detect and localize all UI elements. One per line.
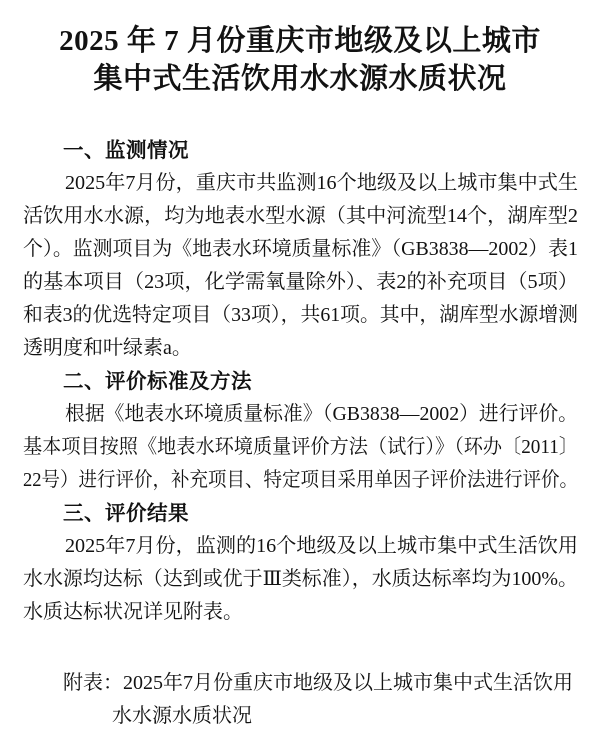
appendix-line2: 水水源水质状况 [23,700,578,733]
section-1-paragraph-line: 个）。监测项目为《地表水环境质量标准》（GB3838—2002）表1 [23,233,578,266]
document-page: 2025 年 7 月份重庆市地级及以上城市 集中式生活饮用水水源水质状况 一、监… [0,0,600,746]
section-3-paragraph-line: 水水源均达标（达到或优于Ⅲ类标准），水质达标率均为100%。 [23,563,578,596]
section-1-paragraph-line: 和表3的优选特定项目（33项），共61项。其中，湖库型水源增测 [23,299,578,332]
section-1-paragraph-line: 的基本项目（23项，化学需氧量除外）、表2的补充项目（5项） [23,266,578,299]
section-1-heading: 一、监测情况 [23,134,578,167]
section-3-paragraph-line: 水质达标状况详见附表。 [23,596,578,629]
section-2-heading: 二、评价标准及方法 [23,365,578,398]
section-2-paragraph-line: 根据《地表水环境质量标准》（GB3838—2002）进行评价。 [23,398,578,431]
section-2-paragraph-line: 基本项目按照《地表水环境质量评价方法（试行）》（环办〔2011〕 [23,431,578,464]
document-title-line1: 2025 年 7 月份重庆市地级及以上城市 [0,22,600,60]
section-1-paragraph-line: 2025年7月份，重庆市共监测16个地级及以上城市集中式生 [23,167,578,200]
document-title: 2025 年 7 月份重庆市地级及以上城市 集中式生活饮用水水源水质状况 [0,22,600,98]
document-body: 一、监测情况 2025年7月份，重庆市共监测16个地级及以上城市集中式生 活饮用… [23,134,578,733]
section-1-paragraph-line: 透明度和叶绿素a。 [23,332,578,365]
section-1-paragraph-line: 活饮用水水源，均为地表水型水源（其中河流型14个，湖库型2 [23,200,578,233]
appendix-line1: 附表：2025年7月份重庆市地级及以上城市集中式生活饮用 [23,667,578,700]
document-title-line2: 集中式生活饮用水水源水质状况 [0,60,600,98]
section-3-paragraph-line: 2025年7月份，监测的16个地级及以上城市集中式生活饮用 [23,530,578,563]
section-2-paragraph-line: 22号）进行评价，补充项目、特定项目采用单因子评价法进行评价。 [23,464,578,497]
appendix-note: 附表：2025年7月份重庆市地级及以上城市集中式生活饮用 水水源水质状况 [23,667,578,733]
section-3-heading: 三、评价结果 [23,497,578,530]
